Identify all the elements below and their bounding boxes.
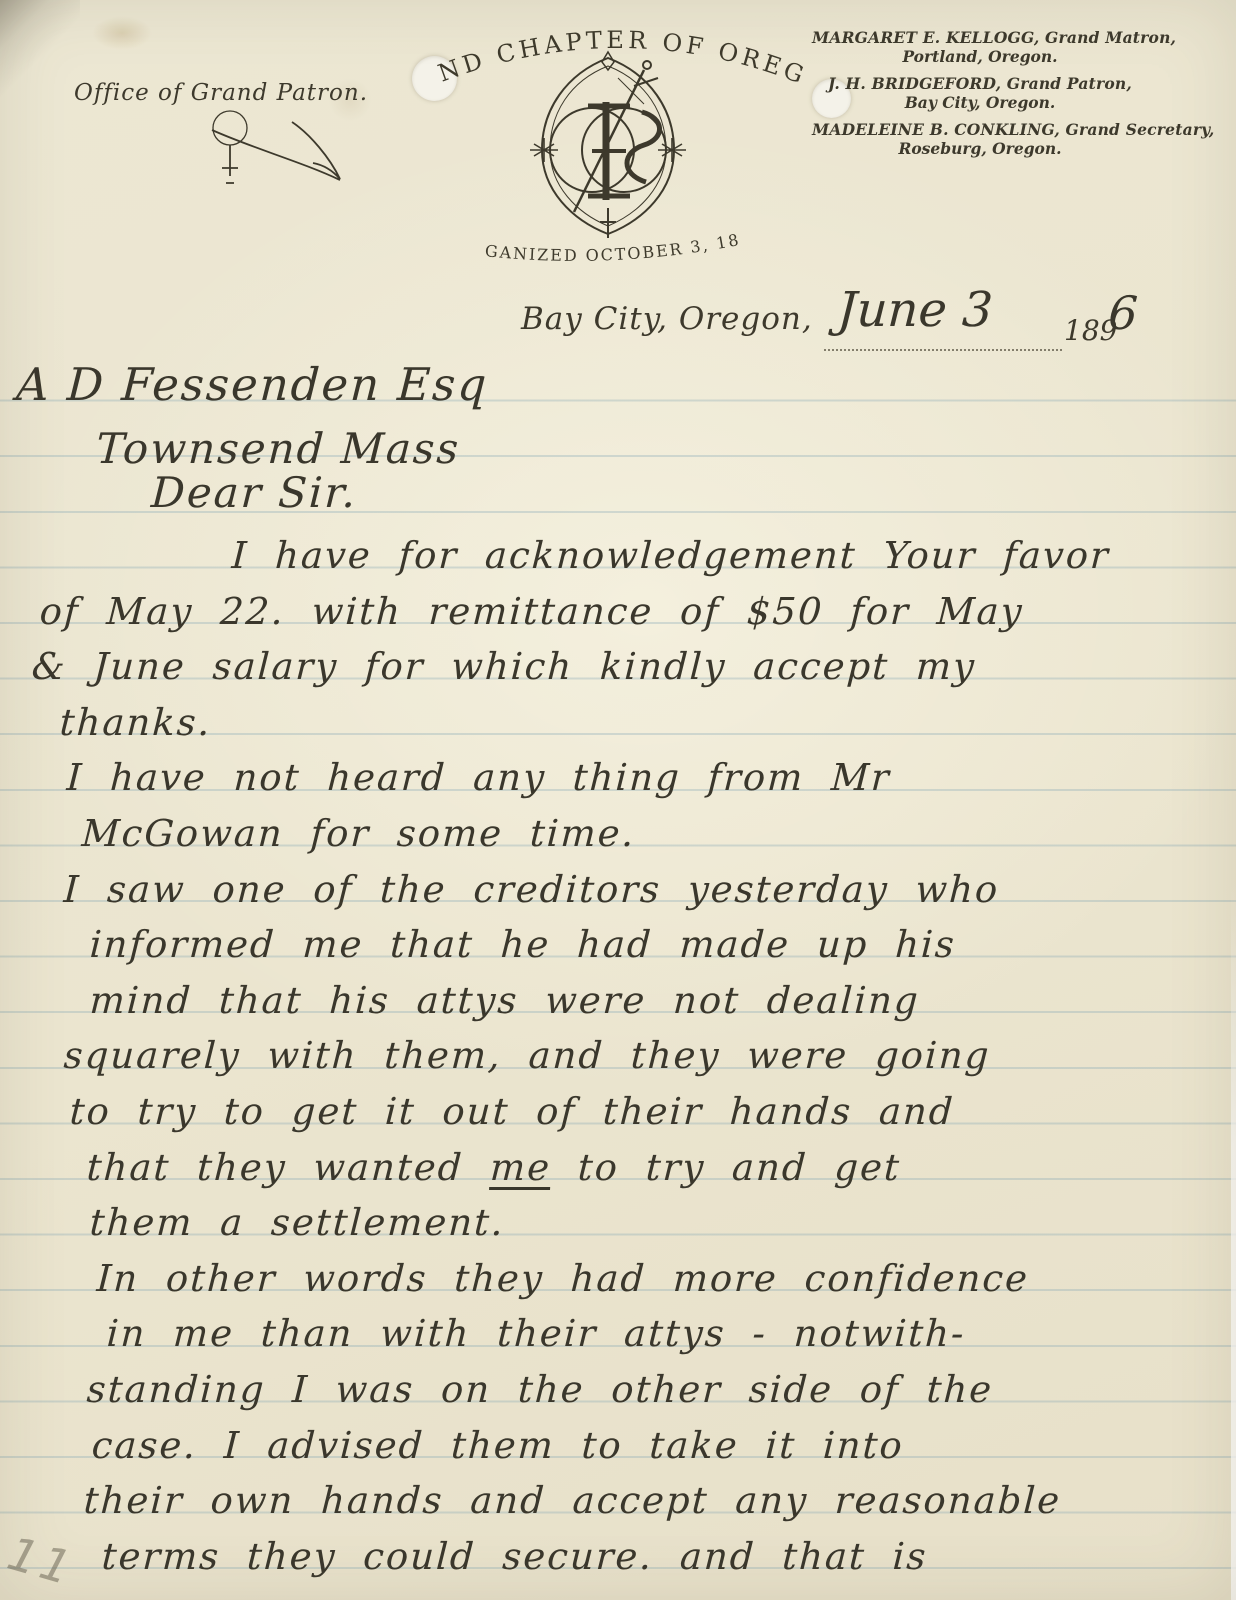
- handwritten-line: & June salary for which kindly accept my: [30, 645, 1236, 701]
- officer-name-line: MARGARET E. KELLOGG, Grand Matron,: [812, 28, 1148, 47]
- recipient-address: Townsend Mass: [95, 424, 461, 473]
- handwritten-line: of May 22. with remittance of $50 for Ma…: [38, 590, 1236, 646]
- handwritten-line: to try to get it out of their hands and: [68, 1090, 1236, 1146]
- handwritten-line: terms they could secure. and that is: [100, 1535, 1236, 1591]
- handwritten-line: I have not heard any thing from Mr: [65, 756, 1236, 812]
- underlined-word: me: [489, 1146, 552, 1189]
- officer-name-line: J. H. BRIDGEFORD, Grand Patron,: [812, 74, 1148, 93]
- handwritten-line: mind that his attys were not dealing: [88, 979, 1236, 1035]
- handwritten-line: standing I was on the other side of the: [85, 1368, 1236, 1424]
- paper-stain: [92, 16, 152, 50]
- handwritten-line: I saw one of the creditors yesterday who: [62, 868, 1236, 924]
- handwritten-line: that they wanted me to try and get: [85, 1146, 1236, 1202]
- handwritten-line: squarely with them, and they were going: [62, 1034, 1236, 1090]
- officer-entry: J. H. BRIDGEFORD, Grand Patron,Bay City,…: [812, 74, 1148, 112]
- officers-block: MARGARET E. KELLOGG, Grand Matron,Portla…: [812, 28, 1148, 166]
- recipient-name: A D Fessenden Esq: [15, 358, 490, 411]
- handwritten-line: them a settlement.: [88, 1201, 1236, 1257]
- svg-text:ORGANIZED OCTOBER 3, 1889.: ORGANIZED OCTOBER 3, 1889.: [476, 230, 742, 265]
- officer-city-line: Bay City, Oregon.: [812, 93, 1148, 112]
- dateline-place-printed: Bay City, Oregon,: [521, 301, 813, 337]
- officer-entry: MADELEINE B. CONKLING, Grand Secretary,R…: [812, 120, 1148, 158]
- letter-body: I have for acknowledgement Your favorof …: [0, 534, 1236, 1590]
- pen-flourish-icon: [142, 100, 352, 192]
- officer-city-line: Roseburg, Oregon.: [812, 139, 1148, 158]
- organized-date-text: ORGANIZED OCTOBER 3, 1889.: [476, 230, 742, 265]
- handwritten-line: their own hands and accept any reasonabl…: [82, 1479, 1236, 1535]
- dateline-year-digit-handwritten: 6: [1107, 286, 1139, 340]
- officer-city-line: Portland, Oregon.: [812, 47, 1148, 66]
- handwritten-line: informed me that he had made up his: [88, 923, 1236, 979]
- organized-date-line: ORGANIZED OCTOBER 3, 1889.: [476, 230, 752, 276]
- officer-entry: MARGARET E. KELLOGG, Grand Matron,Portla…: [812, 28, 1148, 66]
- chapter-monogram-icon: [518, 50, 698, 242]
- handwritten-line: In other words they had more confidence: [95, 1257, 1236, 1313]
- officer-name-line: MADELEINE B. CONKLING, Grand Secretary,: [812, 120, 1148, 139]
- scan-corner-shadow: [0, 0, 80, 100]
- salutation: Dear Sir.: [150, 468, 359, 517]
- handwritten-line: McGowan for some time.: [80, 812, 1236, 868]
- handwritten-line: thanks.: [58, 701, 1236, 757]
- dateline-date-handwritten: June 3: [836, 282, 994, 338]
- handwritten-line: I have for acknowledgement Your favor: [230, 534, 1236, 590]
- handwritten-line: in me than with their attys - notwith-: [105, 1312, 1236, 1368]
- handwritten-line: case. I advised them to take it into: [90, 1424, 1236, 1480]
- letter-page: GRAND CHAPTER OF OREGON.: [0, 0, 1236, 1600]
